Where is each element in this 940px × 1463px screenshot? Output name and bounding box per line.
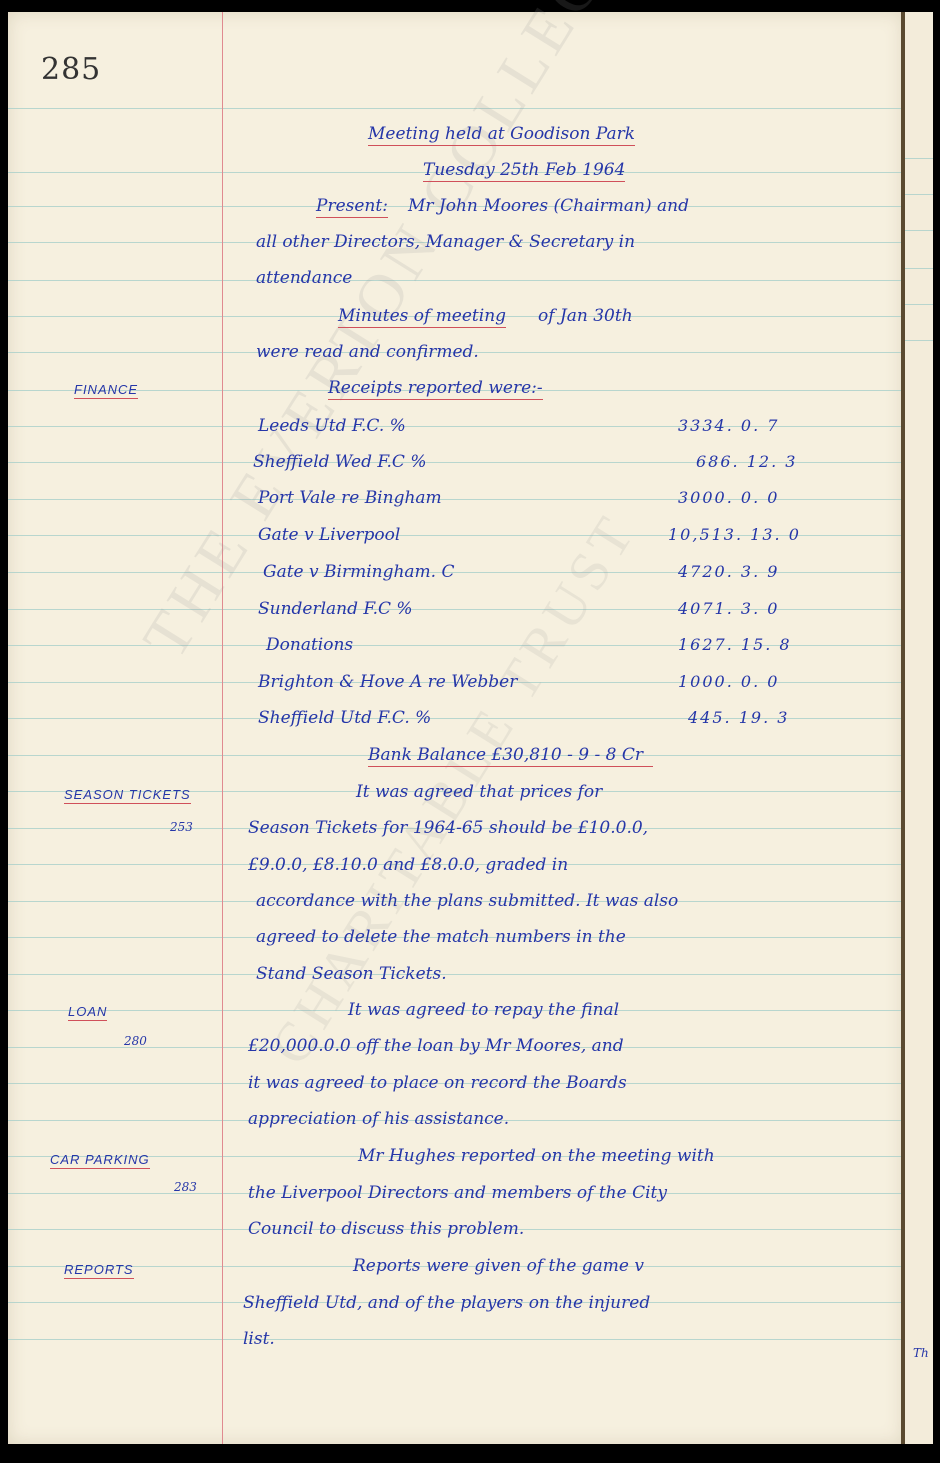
receipt-item: Leeds Utd F.C. % [258,416,406,436]
margin-heading-season-tickets: SEASON TICKETS [64,787,191,804]
car-parking-line: Council to discuss this problem. [248,1219,524,1239]
ruled-line [905,194,933,195]
ruled-line [8,108,903,109]
present-line-3: attendance [256,268,352,288]
receipt-item: Sunderland F.C % [258,599,413,619]
margin-heading-reports: REPORTS [64,1262,134,1279]
receipts-intro: Receipts reported were:- [328,378,543,400]
present-line-2: all other Directors, Manager & Secretary… [256,232,635,252]
present-label: Present: [316,196,388,218]
minute-reference: 283 [174,1180,197,1194]
season-tickets-line: Stand Season Tickets. [256,964,447,984]
meeting-date: Tuesday 25th Feb 1964 [423,160,625,182]
minutes-heading-rest: of Jan 30th [538,306,633,326]
receipt-amount: 4071. 3. 0 [678,599,779,618]
margin-rule [222,12,223,1444]
present-text: Mr John Moores (Chairman) and [408,196,689,216]
minutes-heading: Minutes of meeting [338,306,506,328]
ruled-line [905,304,933,305]
next-page-edge [905,12,933,1444]
ruled-line [8,1339,903,1340]
season-tickets-line: accordance with the plans submitted. It … [256,891,678,911]
season-tickets-line: £9.0.0, £8.10.0 and £8.0.0, graded in [248,855,568,875]
reports-line: Sheffield Utd, and of the players on the… [243,1293,650,1313]
reports-line: Reports were given of the game v [353,1256,644,1276]
loan-line: appreciation of his assistance. [248,1109,509,1129]
receipt-item: Port Vale re Bingham [258,488,442,508]
loan-line: £20,000.0.0 off the loan by Mr Moores, a… [248,1036,624,1056]
bank-balance: Bank Balance £30,810 - 9 - 8 Cr [368,745,653,767]
loan-line: It was agreed to repay the final [348,1000,619,1020]
loan-line: it was agreed to place on record the Boa… [248,1073,627,1093]
margin-heading-finance: FINANCE [74,382,138,399]
season-tickets-line: It was agreed that prices for [356,782,602,802]
receipt-item: Donations [266,635,353,655]
reports-line: list. [243,1329,275,1349]
receipt-amount: 686. 12. 3 [696,452,797,471]
season-tickets-line: agreed to delete the match numbers in th… [256,927,626,947]
car-parking-line: the Liverpool Directors and members of t… [248,1183,667,1203]
ruled-line [905,340,933,341]
meeting-title: Meeting held at Goodison Park [368,124,635,146]
receipt-amount: 445. 19. 3 [688,708,789,727]
page-number: 285 [41,52,101,87]
receipt-amount: 3000. 0. 0 [678,488,779,507]
ruled-line [905,158,933,159]
receipt-item: Sheffield Wed F.C % [253,452,426,472]
receipt-amount: 1627. 15. 8 [678,635,792,654]
minute-reference: 280 [124,1034,147,1048]
margin-heading-loan: LOAN [68,1004,107,1021]
next-page-fragment: Th [913,1346,929,1360]
ledger-page: THE EVERTON COLLECTION CHARITABLE TRUST … [8,12,903,1444]
receipt-item: Sheffield Utd F.C. % [258,708,431,728]
receipt-amount: 4720. 3. 9 [678,562,779,581]
receipt-item: Gate v Birmingham. C [263,562,454,582]
ruled-line [8,974,903,975]
season-tickets-line: Season Tickets for 1964-65 should be £10… [248,818,648,838]
minutes-confirmed: were read and confirmed. [256,342,479,362]
car-parking-line: Mr Hughes reported on the meeting with [358,1146,715,1166]
receipt-amount: 10,513. 13. 0 [668,525,801,544]
ruled-line [8,280,903,281]
receipt-item: Brighton & Hove A re Webber [258,672,517,692]
receipt-amount: 3334. 0. 7 [678,416,779,435]
ruled-line [905,230,933,231]
margin-heading-car-parking: CAR PARKING [50,1152,150,1169]
ruled-line [905,268,933,269]
receipt-amount: 1000. 0. 0 [678,672,779,691]
receipt-item: Gate v Liverpool [258,525,400,545]
minute-reference: 253 [170,820,193,834]
